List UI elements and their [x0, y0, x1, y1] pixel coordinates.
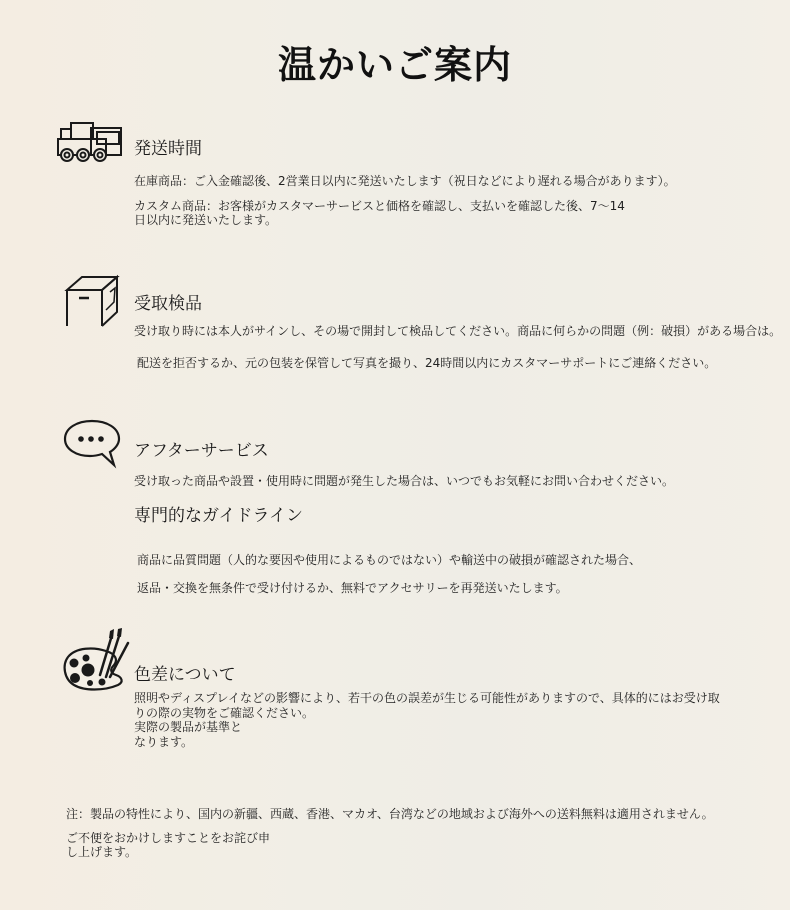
shipping-exclusion-note: 注：製品の特性により、国内の新疆、西蔵、香港、マカオ、台湾などの地域および海外へ… — [66, 807, 714, 821]
truck-icon — [57, 121, 125, 163]
section-text: 返品・交換を無条件で受け付けるか、無料でアクセサリーを再発送いたします。 — [137, 581, 568, 595]
section-subheading: 専門的なガイドライン — [134, 501, 303, 526]
section-heading: アフターサービス — [134, 436, 269, 461]
section-heading: 発送時間 — [134, 134, 202, 159]
section-text: カスタム商品：お客様がカスタマーサービスと価格を確認し、支払いを確認した後、7〜… — [134, 199, 625, 213]
section-text: 在庫商品：ご入金確認後、2営業日以内に発送いたします（祝日などにより遅れる場合が… — [134, 174, 676, 188]
apology-text: ご不便をおかけしますことをお詫び申 — [66, 831, 270, 845]
section-text: りの際の実物をご確認ください。 — [134, 706, 314, 720]
page-title: 温かいご案内 — [0, 34, 790, 89]
box-icon — [62, 274, 122, 334]
section-text: 受け取り時には本人がサインし、その場で開封して検品してください。商品に何らかの問… — [134, 324, 781, 338]
section-text: なります。 — [134, 735, 193, 749]
paint-palette-icon — [60, 627, 135, 695]
speech-bubble-icon — [62, 418, 122, 470]
section-heading: 受取検品 — [134, 289, 202, 314]
apology-text: し上げます。 — [66, 845, 137, 859]
section-text: 照明やディスプレイなどの影響により、若干の色の誤差が生じる可能性がありますので、… — [134, 691, 720, 705]
section-text: 実際の製品が基準と — [134, 720, 242, 734]
section-text: 日以内に発送いたします。 — [134, 213, 277, 227]
section-heading: 色差について — [134, 660, 236, 685]
notice-page: 温かいご案内 発送時間 在庫商品：ご入金確認後、2営業日以内に発送いたします（祝… — [0, 0, 790, 910]
section-text: 配送を拒否するか、元の包装を保管して写真を撮り、24時間以内にカスタマーサポート… — [137, 356, 716, 370]
section-text: 受け取った商品や設置・使用時に問題が発生した場合は、いつでもお気軽にお問い合わせ… — [134, 474, 674, 488]
section-text: 商品に品質問題（人的な要因や使用によるものではない）や輸送中の破損が確認された場… — [137, 553, 641, 567]
